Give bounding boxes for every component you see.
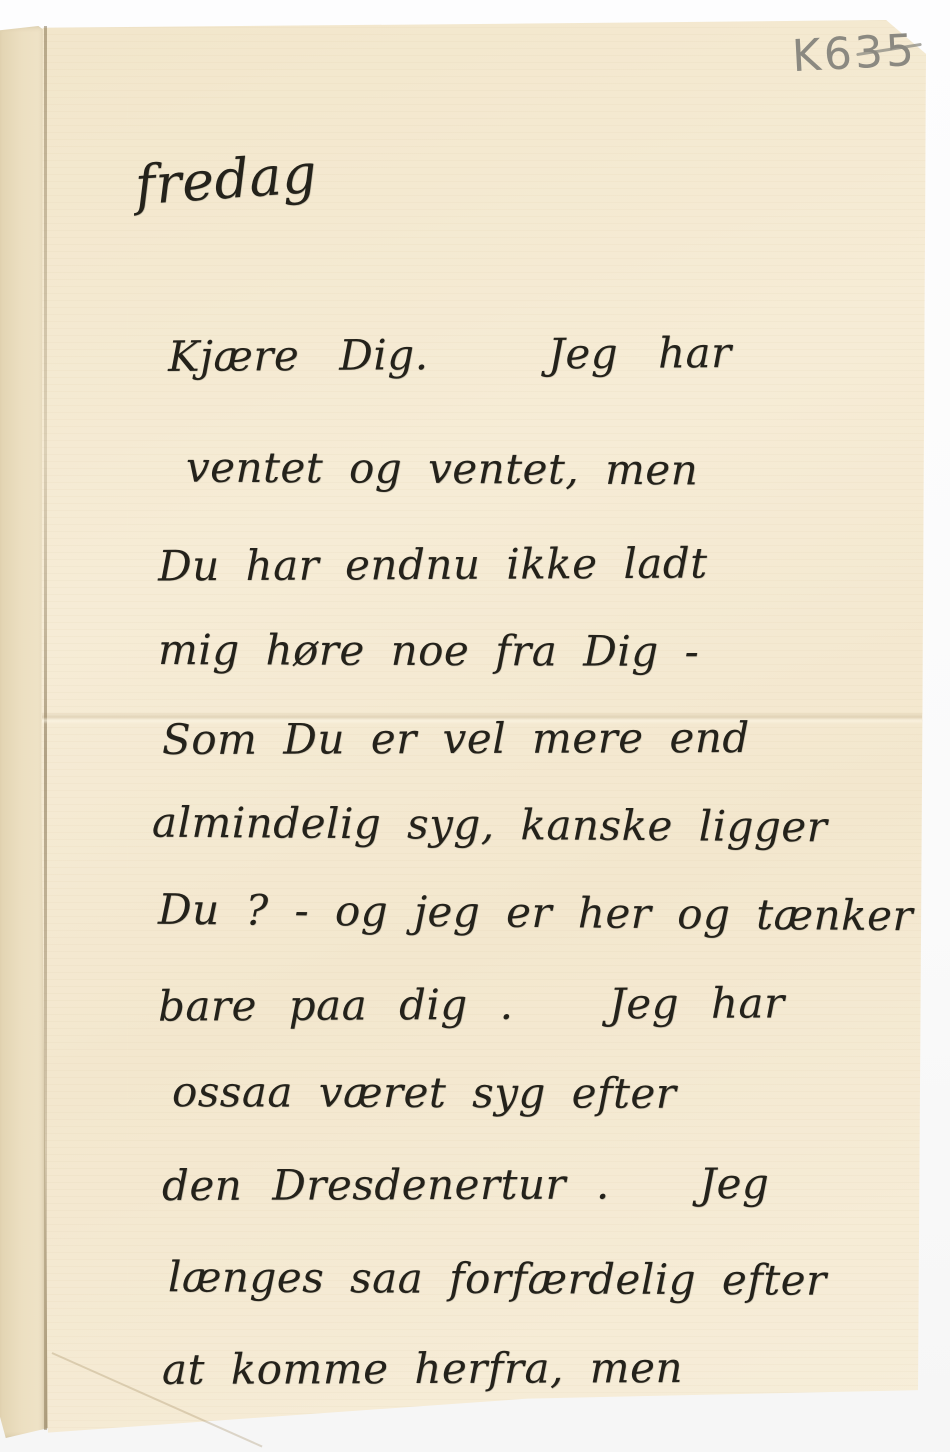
letter-line: Som Du er vel mere end	[162, 713, 750, 764]
folded-page-edge	[0, 26, 48, 1438]
letter-line: den Dresdenertur . Jeg	[162, 1159, 770, 1210]
vertical-fold-crease	[44, 26, 47, 1430]
letter-line: ossaa været syg efter	[172, 1067, 677, 1118]
scan-background: K635 fredag Kjære Dig. Jeg har ventet og…	[0, 0, 950, 1452]
archival-mark: K635	[791, 25, 918, 82]
letter-line: ventet og ventet, men	[186, 443, 699, 495]
letter-line: Du har endnu ikke ladt	[158, 539, 708, 591]
letter-line: længes saa forfærdelig efter	[168, 1252, 827, 1304]
letter-line: at komme herfra, men	[162, 1343, 683, 1394]
letter-line: almindelig syg, kanske ligger	[152, 798, 828, 852]
letter-line: bare paa dig . Jeg har	[158, 978, 785, 1030]
letter-line: Kjære Dig. Jeg har	[168, 328, 732, 381]
letter-line: mig høre noe fra Dig -	[158, 625, 699, 676]
letter-date-line: fredag	[133, 142, 319, 218]
letter-line: Du ? - og jeg er her og tænker	[158, 885, 913, 941]
